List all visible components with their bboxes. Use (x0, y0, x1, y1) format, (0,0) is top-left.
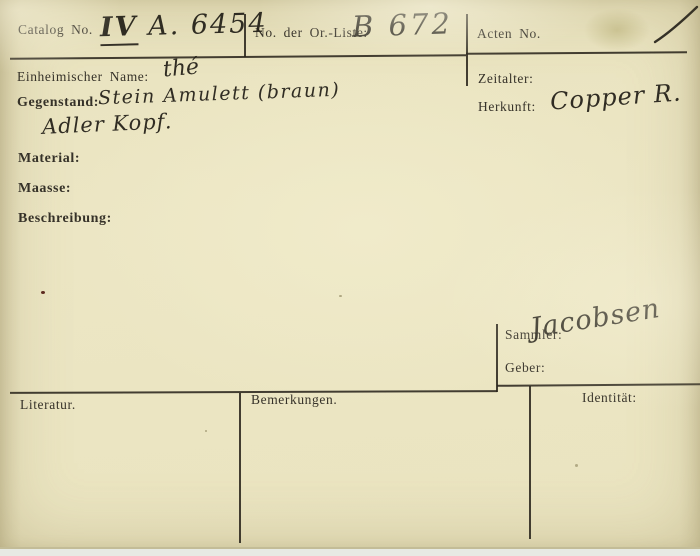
rule-top-left (10, 54, 466, 59)
catalog-value: IV A. 6454 (100, 8, 268, 43)
herkunft-value: Copper R. (549, 78, 682, 115)
divider-bottom-2 (529, 386, 531, 539)
orliste-label: No. der Or.-Liste: (255, 25, 368, 41)
sammler-value: Jacobsen (528, 293, 662, 344)
catalog-value-number: A. 6454 (148, 8, 268, 42)
divider-top-2 (466, 14, 468, 86)
speck-3 (205, 430, 207, 432)
maasse-label: Maasse: (18, 181, 71, 197)
acten-value-stroke (652, 4, 700, 46)
divider-bottom-1 (239, 393, 241, 543)
speck-red (41, 291, 45, 294)
orliste-value: B 672 (351, 6, 453, 44)
zeitalter-label: Zeitalter: (478, 71, 533, 87)
scan-background: Catalog No. No. der Or.-Liste: Acten No.… (0, 0, 700, 556)
speck-1 (339, 295, 342, 297)
einheimischer-name-value: thé (162, 54, 200, 82)
rule-top-right (466, 51, 687, 54)
rule-bottom-right (497, 383, 700, 386)
catalog-card: Catalog No. No. der Or.-Liste: Acten No.… (0, 0, 700, 549)
beschreibung-label: Beschreibung: (18, 211, 112, 227)
acten-label: Acten No. (477, 26, 541, 42)
catalog-value-roman: IV (100, 11, 138, 46)
speck-2 (575, 464, 578, 467)
gegenstand-label: Gegenstand: (17, 95, 99, 111)
literatur-label: Literatur. (20, 397, 76, 413)
identitaet-label: Identität: (582, 390, 637, 406)
sammler-box-line (496, 324, 498, 392)
einheimischer-name-label: Einheimischer Name: (17, 69, 149, 85)
catalog-label: Catalog No. (18, 22, 93, 38)
bemerkungen-label: Bemerkungen. (251, 392, 337, 408)
gegenstand-value-line2: Adler Kopf. (42, 109, 173, 139)
herkunft-label: Herkunft: (478, 99, 536, 115)
geber-label: Geber: (505, 360, 545, 376)
material-label: Material: (18, 151, 80, 167)
